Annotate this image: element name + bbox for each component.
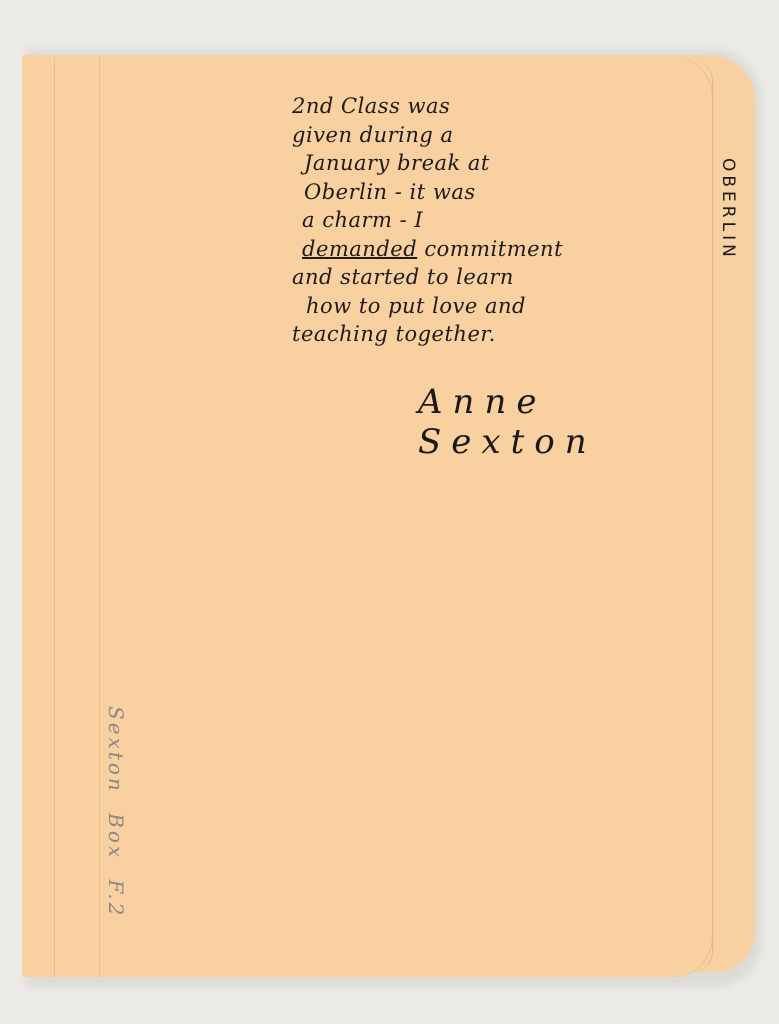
folder-tab-label: OBERLIN (718, 158, 738, 261)
folder-crease-line (99, 57, 100, 977)
folder-flap-edge (692, 60, 713, 972)
note-line: and started to learn (292, 263, 632, 292)
note-line-underlined: demanded commitment (292, 235, 632, 264)
underlined-word: demanded (302, 237, 417, 261)
pencil-annotation: Sexton Box F.2 (104, 706, 128, 918)
signature: Anne Sexton (418, 382, 638, 442)
note-line: Oberlin - it was (292, 178, 632, 207)
note-line: 2nd Class was (292, 92, 632, 121)
note-line: teaching together. (292, 320, 632, 349)
note-line: January break at (292, 149, 632, 178)
folder-crease-line (54, 57, 55, 977)
note-line: a charm - I (292, 206, 632, 235)
handwritten-note: 2nd Class was given during a January bre… (292, 92, 632, 349)
note-line: how to put love and (292, 292, 632, 321)
note-line: given during a (292, 121, 632, 150)
